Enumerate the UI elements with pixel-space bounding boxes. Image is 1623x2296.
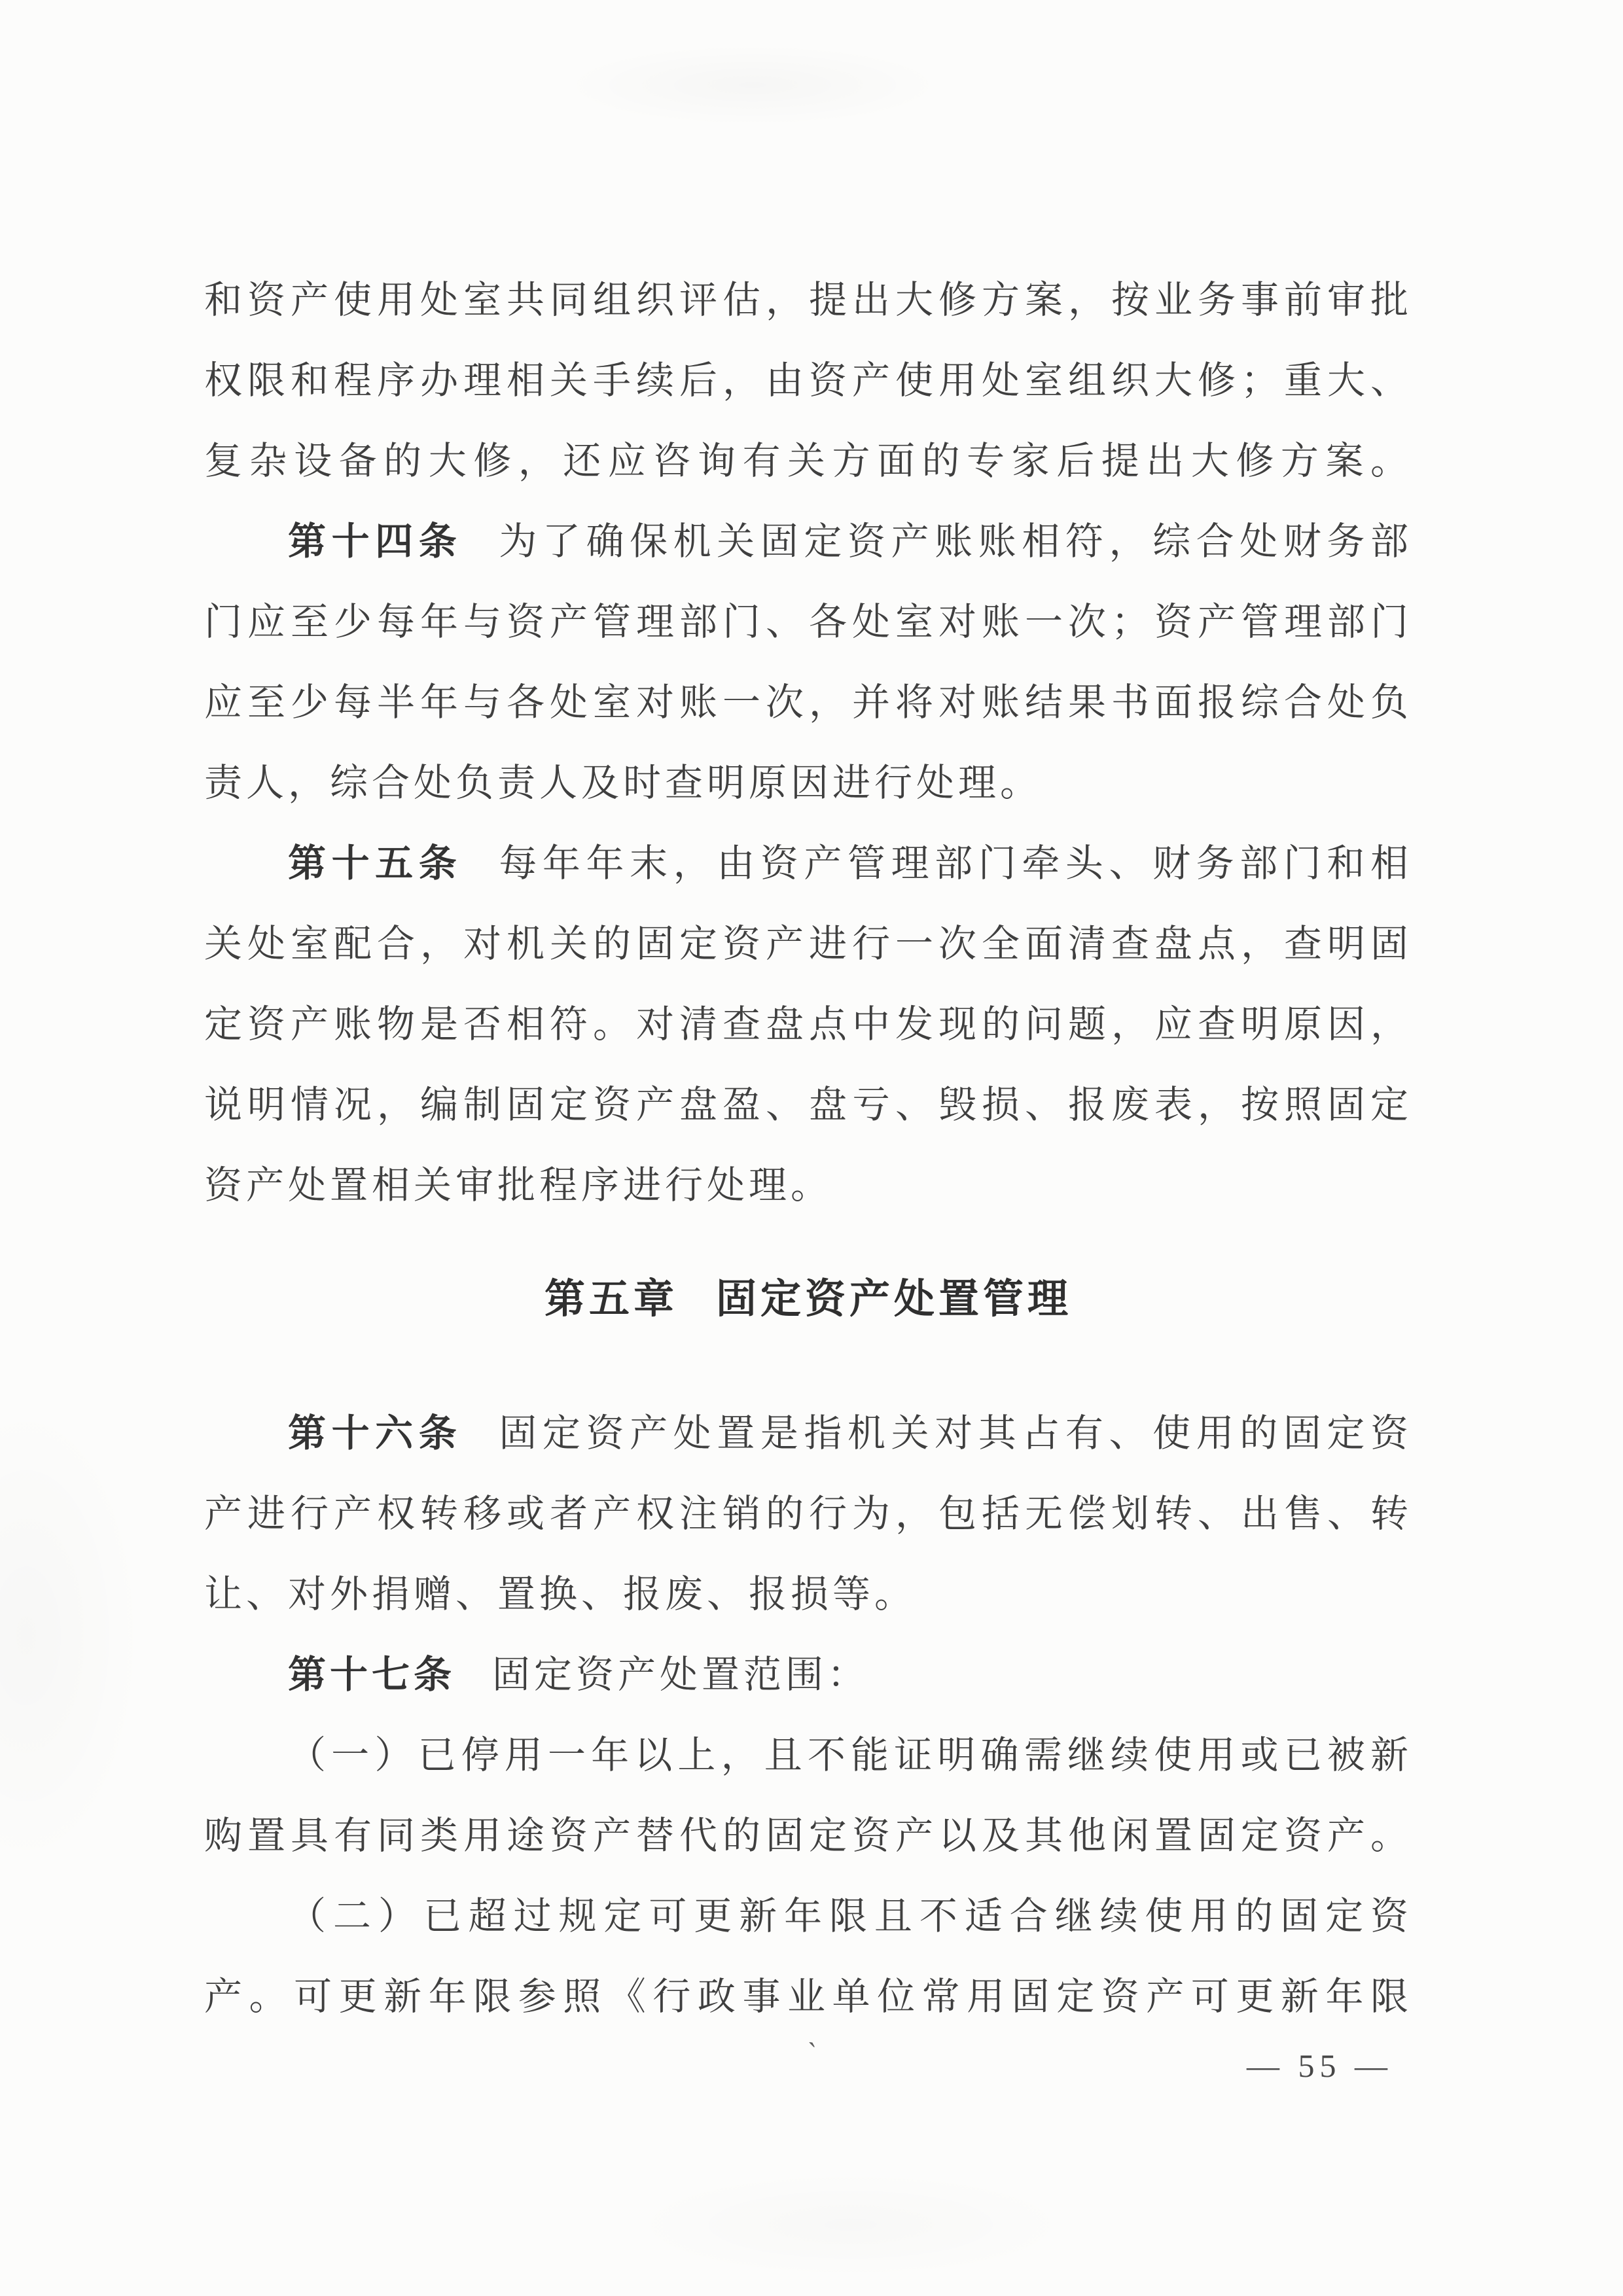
article-line-15: 第十五条每年年末，由资产管理部门牵头、财务部门和相 xyxy=(204,823,1412,904)
body-text-lower: 第十六条固定资产处置是指机关对其占有、使用的固定资 产进行产权转移或者产权注销的… xyxy=(204,1393,1412,2037)
document-page: 和资产使用处室共同组织评估，提出大修方案，按业务事前审批 权限和程序办理相关手续… xyxy=(0,0,1623,2296)
scan-artifact-mark: ˋ xyxy=(804,2036,819,2070)
chapter-heading: 第五章固定资产处置管理 xyxy=(204,1259,1412,1339)
text-line: 关处室配合，对机关的固定资产进行一次全面清查盘点，查明固 xyxy=(204,904,1412,984)
chapter-number: 第五章 xyxy=(544,1277,678,1322)
article-text: 固定资产处置是指机关对其占有、使用的固定资 xyxy=(499,1412,1412,1455)
article-number-label: 第十五条 xyxy=(288,842,462,885)
text-line: 复杂设备的大修，还应咨询有关方面的专家后提出大修方案。 xyxy=(204,421,1412,501)
text-line: 购置具有同类用途资产替代的固定资产以及其他闲置固定资产。 xyxy=(204,1795,1412,1876)
list-item-line: （一）已停用一年以上，且不能证明确需继续使用或已被新 xyxy=(204,1715,1412,1795)
text-line: 产。可更新年限参照《行政事业单位常用固定资产可更新年限 xyxy=(204,1956,1412,2037)
text-line: 产进行产权转移或者产权注销的行为，包括无偿划转、出售、转 xyxy=(204,1474,1412,1554)
text-line: 资产处置相关审批程序进行处理。 xyxy=(204,1145,1412,1226)
article-number-label: 第十七条 xyxy=(288,1653,455,1696)
body-text-upper: 和资产使用处室共同组织评估，提出大修方案，按业务事前审批 权限和程序办理相关手续… xyxy=(204,260,1412,1226)
article-line-16: 第十六条固定资产处置是指机关对其占有、使用的固定资 xyxy=(204,1393,1412,1474)
text-line: 责人，综合处负责人及时查明原因进行处理。 xyxy=(204,743,1412,823)
text-line: 定资产账物是否相符。对清查盘点中发现的问题，应查明原因， xyxy=(204,984,1412,1065)
text-line: 权限和程序办理相关手续后，由资产使用处室组织大修；重大、 xyxy=(204,340,1412,421)
article-line-17: 第十七条固定资产处置范围： xyxy=(204,1634,1412,1715)
article-number-label: 第十六条 xyxy=(288,1412,462,1455)
article-text: 为了确保机关固定资产账账相符，综合处财务部 xyxy=(499,520,1412,563)
page-number: — 55 — xyxy=(1247,2047,1393,2085)
text-line: 应至少每半年与各处室对账一次，并将对账结果书面报综合处负 xyxy=(204,662,1412,743)
article-text: 固定资产处置范围： xyxy=(492,1653,869,1696)
text-line: 让、对外捐赠、置换、报废、报损等。 xyxy=(204,1554,1412,1634)
article-number-label: 第十四条 xyxy=(288,520,462,563)
article-line-14: 第十四条为了确保机关固定资产账账相符，综合处财务部 xyxy=(204,501,1412,582)
article-text: 每年年末，由资产管理部门牵头、财务部门和相 xyxy=(499,842,1412,885)
chapter-title: 固定资产处置管理 xyxy=(716,1277,1072,1322)
list-item-line: （二）已超过规定可更新年限且不适合继续使用的固定资 xyxy=(204,1876,1412,1956)
text-line: 和资产使用处室共同组织评估，提出大修方案，按业务事前审批 xyxy=(204,260,1412,340)
text-line: 说明情况，编制固定资产盘盈、盘亏、毁损、报废表，按照固定 xyxy=(204,1065,1412,1145)
text-line: 门应至少每年与资产管理部门、各处室对账一次；资产管理部门 xyxy=(204,582,1412,662)
